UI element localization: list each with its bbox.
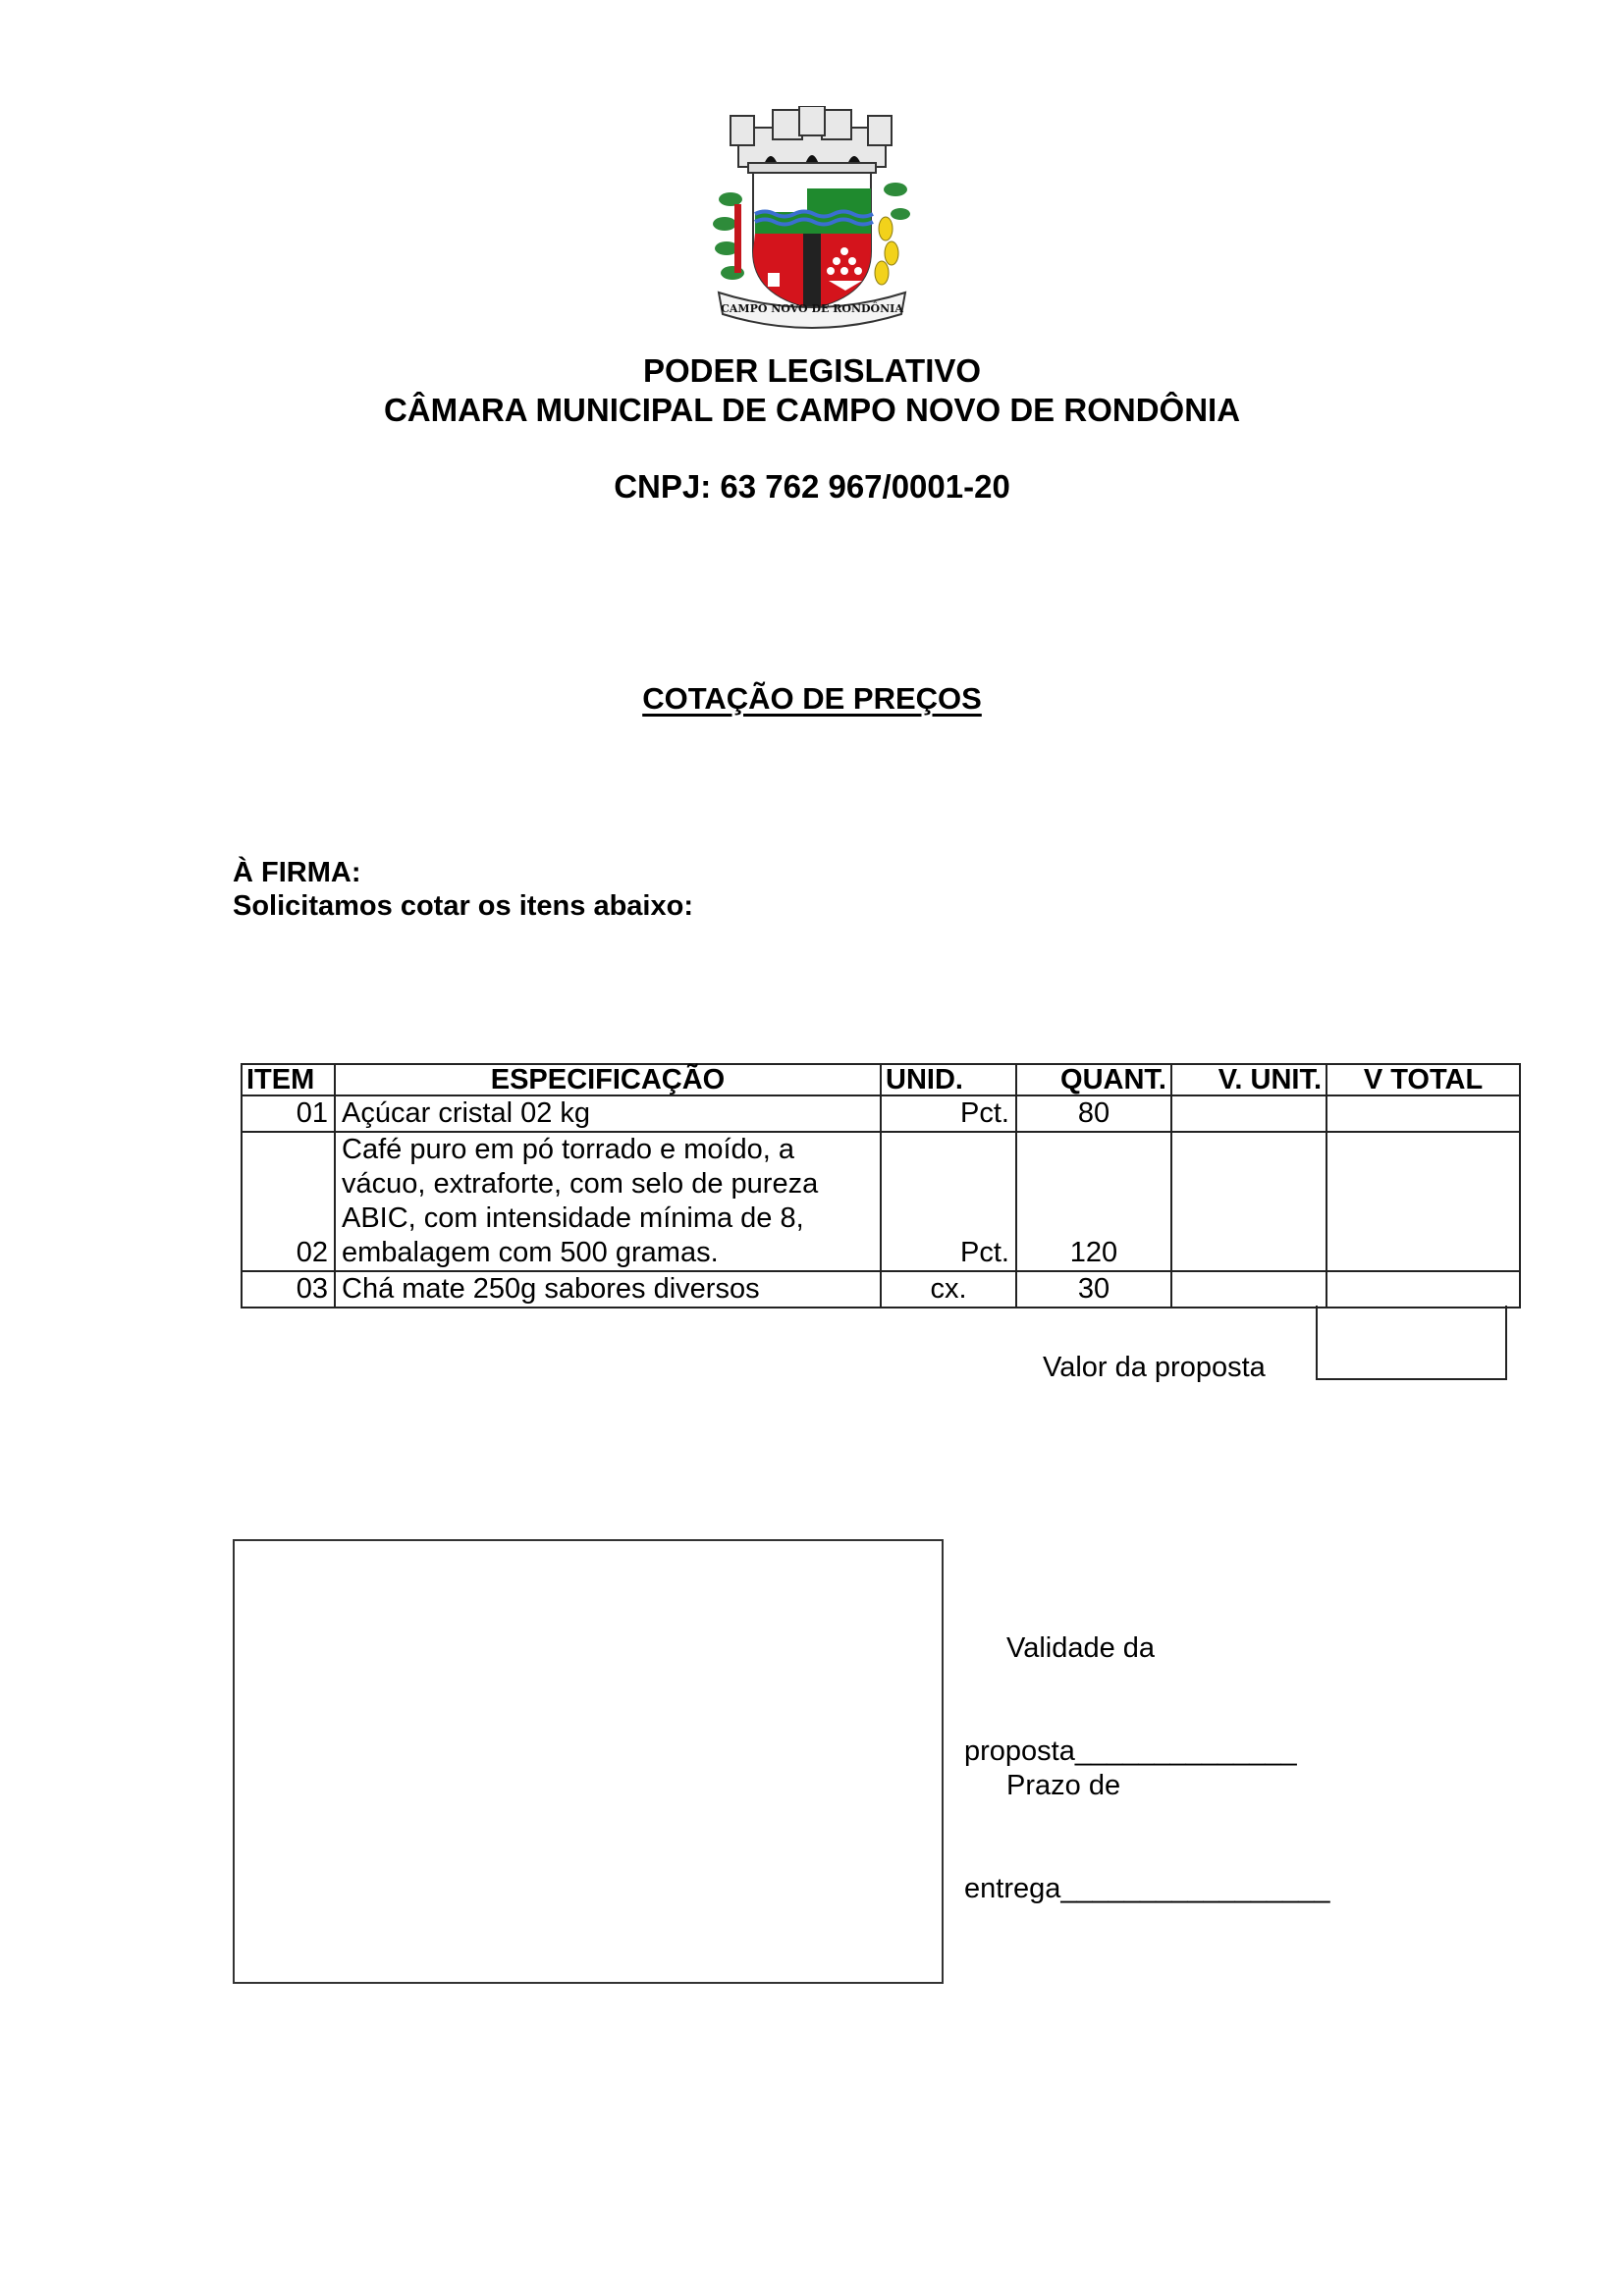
- col-header-quant: QUANT.: [1016, 1064, 1171, 1095]
- svg-text:CAMPO NOVO DE RONDÔNIA: CAMPO NOVO DE RONDÔNIA: [721, 301, 903, 315]
- cell-unid: cx.: [881, 1271, 1016, 1308]
- col-header-vunit: V. UNIT.: [1171, 1064, 1326, 1095]
- proposal-total-field[interactable]: [1316, 1306, 1507, 1380]
- delivery-deadline-field[interactable]: Prazo de entrega_________________: [964, 1700, 1330, 1941]
- col-header-spec: ESPECIFICAÇÃO: [335, 1064, 881, 1095]
- col-header-item: ITEM: [242, 1064, 335, 1095]
- proposal-total-label: Valor da proposta: [1043, 1351, 1266, 1384]
- cell-vtotal-input[interactable]: [1326, 1132, 1520, 1271]
- cell-quant: 30: [1016, 1271, 1171, 1308]
- header-line-2: CÂMARA MUNICIPAL DE CAMPO NOVO DE RONDÔN…: [0, 391, 1624, 430]
- cell-spec: Café puro em pó torrado e moído, a vácuo…: [335, 1132, 881, 1271]
- request-text: Solicitamos cotar os itens abaixo:: [233, 889, 693, 923]
- cnpj: CNPJ: 63 762 967/0001-20: [0, 467, 1624, 507]
- cell-spec: Açúcar cristal 02 kg: [335, 1095, 881, 1132]
- cell-vtotal-input[interactable]: [1326, 1095, 1520, 1132]
- deadline-label-line2: entrega_________________: [964, 1872, 1330, 1906]
- page-title: COTAÇÃO DE PREÇOS: [0, 679, 1624, 719]
- header-line-1: PODER LEGISLATIVO: [0, 351, 1624, 391]
- cell-item: 03: [242, 1271, 335, 1308]
- table-row: 01 Açúcar cristal 02 kg Pct. 80: [242, 1095, 1520, 1132]
- col-header-unid: UNID.: [881, 1064, 1016, 1095]
- cell-quant: 120: [1016, 1132, 1171, 1271]
- company-stamp-box[interactable]: [233, 1539, 944, 1984]
- col-header-vtotal: V TOTAL: [1326, 1064, 1520, 1095]
- cell-vunit-input[interactable]: [1171, 1271, 1326, 1308]
- coat-of-arms-icon: CAMPO NOVO DE RONDÔNIA: [709, 106, 915, 330]
- cell-item: 02: [242, 1132, 335, 1271]
- cell-unid: Pct.: [881, 1132, 1016, 1271]
- table-row: 03 Chá mate 250g sabores diversos cx. 30: [242, 1271, 1520, 1308]
- cell-unid: Pct.: [881, 1095, 1016, 1132]
- cell-vtotal-input[interactable]: [1326, 1271, 1520, 1308]
- cell-spec: Chá mate 250g sabores diversos: [335, 1271, 881, 1308]
- table-header-row: ITEM ESPECIFICAÇÃO UNID. QUANT. V. UNIT.…: [242, 1064, 1520, 1095]
- cell-vunit-input[interactable]: [1171, 1132, 1326, 1271]
- cell-quant: 80: [1016, 1095, 1171, 1132]
- deadline-label-line1: Prazo de: [964, 1769, 1330, 1803]
- cell-vunit-input[interactable]: [1171, 1095, 1326, 1132]
- quote-table: ITEM ESPECIFICAÇÃO UNID. QUANT. V. UNIT.…: [241, 1063, 1521, 1308]
- cell-item: 01: [242, 1095, 335, 1132]
- addressee-label: À FIRMA:: [233, 856, 360, 889]
- table-row: 02 Café puro em pó torrado e moído, a vá…: [242, 1132, 1520, 1271]
- validity-label-line1: Validade da: [964, 1631, 1297, 1666]
